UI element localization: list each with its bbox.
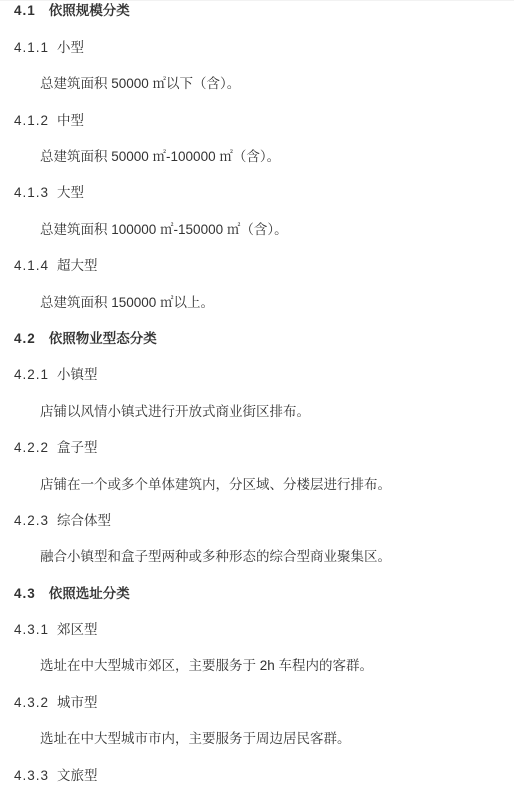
subsection-title: 中型 (57, 114, 84, 128)
paragraph: 选址在中大型城市郊区，主要服务于 2h 车程内的客群。 (0, 648, 514, 684)
subsection-title: 超大型 (57, 259, 98, 273)
subsection-number: 4.1.1 (14, 41, 49, 55)
paragraph-text: 选址在中大型城市市内，主要服务于周边居民客群。 (40, 732, 351, 746)
subsection-number: 4.2.1 (14, 368, 49, 382)
section-number: 4.1 (14, 4, 36, 18)
subsection-heading-4-3-1: 4.3.1 郊区型 (0, 612, 514, 648)
subsection-title: 综合体型 (57, 514, 111, 528)
section-number: 4.2 (14, 332, 36, 346)
subsection-title: 文旅型 (57, 769, 98, 783)
subsection-heading-4-1-4: 4.1.4 超大型 (0, 248, 514, 284)
paragraph-text: 选址在中大型城市郊区，主要服务于 2h 车程内的客群。 (40, 659, 373, 673)
subsection-heading-4-2-1: 4.2.1 小镇型 (0, 357, 514, 393)
subsection-number: 4.1.2 (14, 114, 49, 128)
subsection-number: 4.2.2 (14, 441, 49, 455)
subsection-title: 大型 (57, 186, 84, 200)
paragraph-text: 总建筑面积 100000 ㎡-150000 ㎡（含）。 (40, 223, 288, 237)
subsection-title: 城市型 (57, 696, 98, 710)
paragraph: 总建筑面积 50000 ㎡以下（含）。 (0, 66, 514, 102)
document-body: 4.1 依照规模分类 4.1.1 小型 总建筑面积 50000 ㎡以下（含）。 … (0, 0, 514, 791)
subsection-heading-4-1-3: 4.1.3 大型 (0, 175, 514, 211)
subsection-number: 4.1.3 (14, 186, 49, 200)
paragraph: 总建筑面积 50000 ㎡-100000 ㎡（含）。 (0, 139, 514, 175)
subsection-title: 郊区型 (57, 623, 98, 637)
paragraph: 选址在中大型城市市内，主要服务于周边居民客群。 (0, 721, 514, 757)
paragraph-text: 总建筑面积 50000 ㎡以下（含）。 (40, 77, 240, 91)
section-heading-4-2: 4.2 依照物业型态分类 (0, 321, 514, 357)
paragraph: 总建筑面积 100000 ㎡-150000 ㎡（含）。 (0, 211, 514, 247)
subsection-title: 盒子型 (57, 441, 98, 455)
paragraph: 总建筑面积 150000 ㎡以上。 (0, 284, 514, 320)
subsection-heading-4-2-3: 4.2.3 综合体型 (0, 502, 514, 538)
paragraph-text: 融合小镇型和盒子型两种或多种形态的综合型商业聚集区。 (40, 550, 391, 564)
subsection-heading-4-3-2: 4.3.2 城市型 (0, 684, 514, 720)
paragraph-text: 总建筑面积 150000 ㎡以上。 (40, 296, 214, 310)
subsection-number: 4.3.2 (14, 696, 49, 710)
subsection-heading-4-2-2: 4.2.2 盒子型 (0, 430, 514, 466)
paragraph: 店铺在一个或多个单体建筑内，分区域、分楼层进行排布。 (0, 466, 514, 502)
subsection-heading-4-1-2: 4.1.2 中型 (0, 102, 514, 138)
subsection-number: 4.2.3 (14, 514, 49, 528)
paragraph: 店铺以风情小镇式进行开放式商业街区排布。 (0, 393, 514, 429)
paragraph-text: 店铺在一个或多个单体建筑内，分区域、分楼层进行排布。 (40, 478, 391, 492)
paragraph-text: 店铺以风情小镇式进行开放式商业街区排布。 (40, 405, 310, 419)
subsection-number: 4.3.1 (14, 623, 49, 637)
paragraph: 融合小镇型和盒子型两种或多种形态的综合型商业聚集区。 (0, 539, 514, 575)
section-number: 4.3 (14, 587, 36, 601)
section-heading-4-3: 4.3 依照选址分类 (0, 575, 514, 611)
paragraph-text: 总建筑面积 50000 ㎡-100000 ㎡（含）。 (40, 150, 280, 164)
section-title: 依照规模分类 (49, 4, 130, 18)
subsection-number: 4.3.3 (14, 769, 49, 783)
subsection-number: 4.1.4 (14, 259, 49, 273)
section-title: 依照物业型态分类 (49, 332, 157, 346)
subsection-title: 小型 (57, 41, 84, 55)
subsection-heading-4-1-1: 4.1.1 小型 (0, 29, 514, 65)
section-heading-4-1: 4.1 依照规模分类 (0, 0, 514, 29)
section-title: 依照选址分类 (49, 587, 130, 601)
subsection-heading-4-3-3: 4.3.3 文旅型 (0, 757, 514, 791)
subsection-title: 小镇型 (57, 368, 98, 382)
